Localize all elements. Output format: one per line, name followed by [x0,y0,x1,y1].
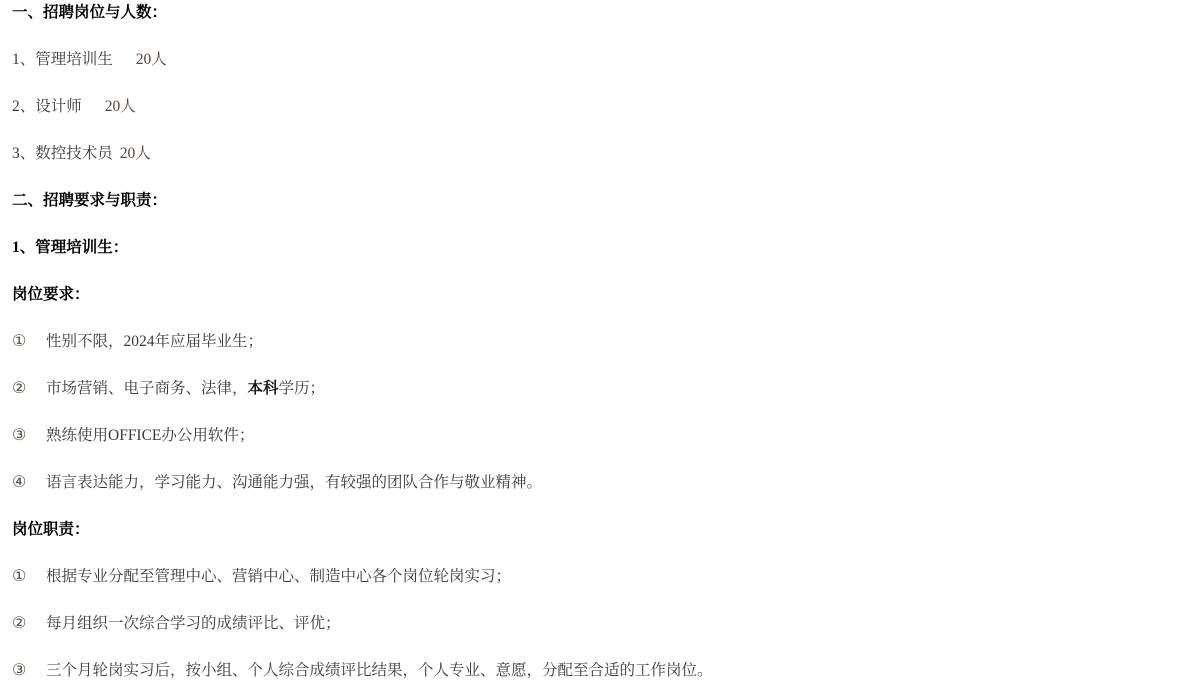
circled-number-marker: ③ [12,662,46,680]
position-label: 1、管理培训生 [12,51,113,68]
recruitment-document: 一、招聘岗位与人数： 1、管理培训生20人 2、设计师20人 3、数控技术员20… [0,0,1182,680]
requirement-text: 语言表达能力，学习能力、沟通能力强，有较强的团队合作与敬业精神。 [46,474,542,491]
duty-item: ②每月组织一次综合学习的成绩评比、评优； [12,615,1162,633]
requirement-text-bold: 本科 [248,380,279,397]
position-count: 20人 [120,145,151,162]
section1-title: 一、招聘岗位与人数： [12,4,1162,22]
position-count: 20人 [105,98,136,115]
circled-number-marker: ④ [12,474,46,492]
duty-item: ①根据专业分配至管理中心、营销中心、制造中心各个岗位轮岗实习； [12,568,1162,586]
requirement-text-prefix: 市场营销、电子商务、法律， [46,380,248,397]
duty-item: ③三个月轮岗实习后，按小组、个人综合成绩评比结果，个人专业、意愿，分配至合适的工… [12,662,1162,680]
requirement-item: ①性别不限，2024年应届毕业生； [12,333,1162,351]
requirement-text: 性别不限，2024年应届毕业生； [46,333,263,350]
circled-number-marker: ① [12,333,46,351]
subsection-title: 1、管理培训生： [12,239,1162,257]
position-label: 2、设计师 [12,98,82,115]
duties-title: 岗位职责： [12,521,1162,539]
position-item: 1、管理培训生20人 [12,51,1162,69]
section2-title: 二、招聘要求与职责： [12,192,1162,210]
position-item: 3、数控技术员20人 [12,145,1162,163]
requirement-text: 熟练使用OFFICE办公用软件； [46,427,254,444]
requirement-item: ④语言表达能力，学习能力、沟通能力强，有较强的团队合作与敬业精神。 [12,474,1162,492]
circled-number-marker: ③ [12,427,46,445]
circled-number-marker: ② [12,380,46,398]
duty-text: 根据专业分配至管理中心、营销中心、制造中心各个岗位轮岗实习； [46,568,511,585]
requirement-item: ③熟练使用OFFICE办公用软件； [12,427,1162,445]
requirements-title: 岗位要求： [12,286,1162,304]
position-item: 2、设计师20人 [12,98,1162,116]
duty-text: 三个月轮岗实习后，按小组、个人综合成绩评比结果，个人专业、意愿，分配至合适的工作… [46,662,713,679]
duty-text: 每月组织一次综合学习的成绩评比、评优； [46,615,341,632]
position-count: 20人 [136,51,167,68]
requirement-item: ②市场营销、电子商务、法律，本科学历； [12,380,1162,398]
position-label: 3、数控技术员 [12,145,113,162]
circled-number-marker: ② [12,615,46,633]
requirement-text-suffix: 学历； [279,380,326,397]
circled-number-marker: ① [12,568,46,586]
